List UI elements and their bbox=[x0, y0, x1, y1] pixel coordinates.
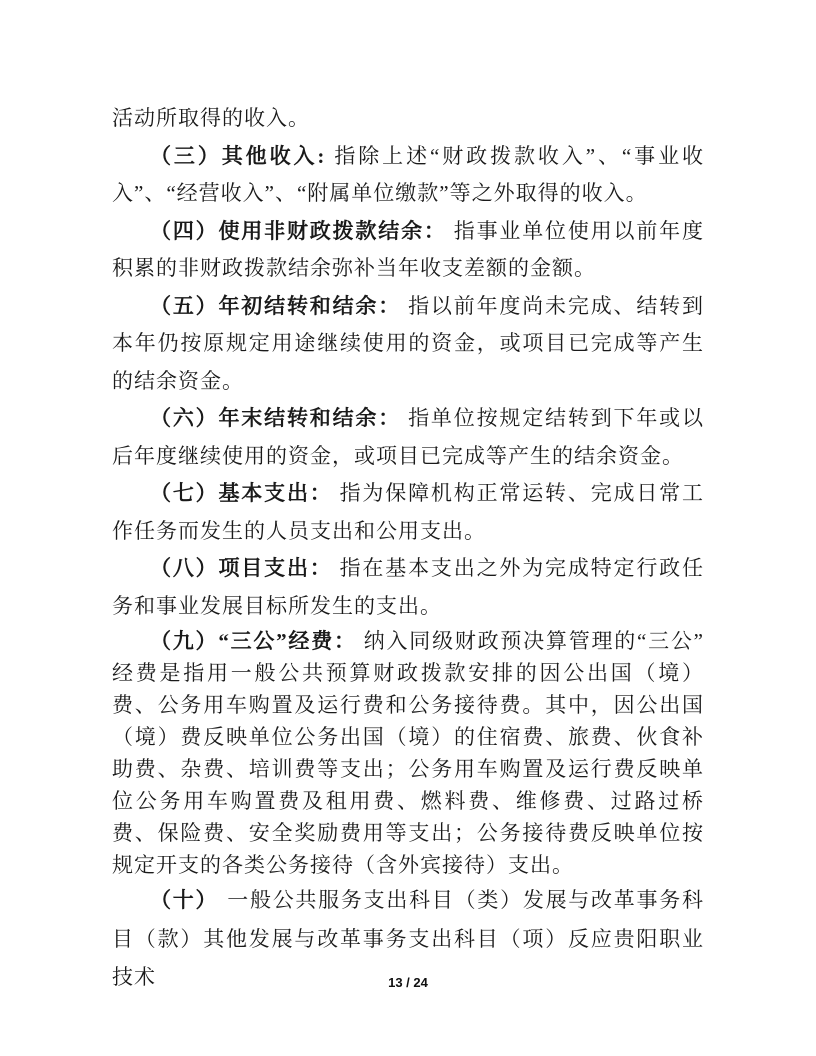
paragraph-section-9: （九）“三公”经费：纳入同级财政预决算管理的“三公”经费是指用一般公共预算财政拨… bbox=[112, 625, 704, 881]
section-heading: （七）基本支出： bbox=[150, 481, 333, 505]
paragraph-section-3: （三）其他收入:指除上述“财政拨款收入”、“事业收入”、“经营收入”、“附属单位… bbox=[112, 138, 704, 213]
paragraph-section-8: （八）项目支出：指在基本支出之外为完成特定行政任务和事业发展目标所发生的支出。 bbox=[112, 550, 704, 625]
section-heading: （四）使用非财政拨款结余： bbox=[150, 219, 447, 243]
paragraph-section-5: （五）年初结转和结余：指以前年度尚未完成、结转到本年仍按原规定用途继续使用的资金… bbox=[112, 288, 704, 401]
section-heading: （五）年初结转和结余： bbox=[150, 294, 401, 318]
paragraph-section-4: （四）使用非财政拨款结余：指事业单位使用以前年度积累的非财政拨款结余弥补当年收支… bbox=[112, 213, 704, 288]
section-heading: （十） bbox=[150, 889, 218, 912]
paragraph-section-6: （六）年末结转和结余：指单位按规定结转到下年或以后年度继续使用的资金，或项目已完… bbox=[112, 400, 704, 475]
section-heading: （九）“三公”经费： bbox=[150, 629, 357, 653]
document-page: 活动所取得的收入。 （三）其他收入:指除上述“财政拨款收入”、“事业收入”、“经… bbox=[0, 0, 816, 1056]
section-heading: （三）其他收入: bbox=[150, 144, 325, 168]
page-number-text: 13 / 24 bbox=[388, 975, 428, 990]
document-body: 活动所取得的收入。 （三）其他收入:指除上述“财政拨款收入”、“事业收入”、“经… bbox=[112, 100, 704, 996]
paragraph-text: 活动所取得的收入。 bbox=[112, 106, 310, 130]
paragraph-continuation: 活动所取得的收入。 bbox=[112, 100, 704, 138]
page-number: 13 / 24 bbox=[0, 975, 816, 990]
section-heading: （六）年末结转和结余： bbox=[150, 406, 401, 430]
paragraph-text: 纳入同级财政预决算管理的“三公”经费是指用一般公共预算财政拨款安排的因公出国（境… bbox=[112, 629, 704, 877]
paragraph-section-7: （七）基本支出：指为保障机构正常运转、完成日常工作任务而发生的人员支出和公用支出… bbox=[112, 475, 704, 550]
section-heading: （八）项目支出： bbox=[150, 556, 333, 580]
